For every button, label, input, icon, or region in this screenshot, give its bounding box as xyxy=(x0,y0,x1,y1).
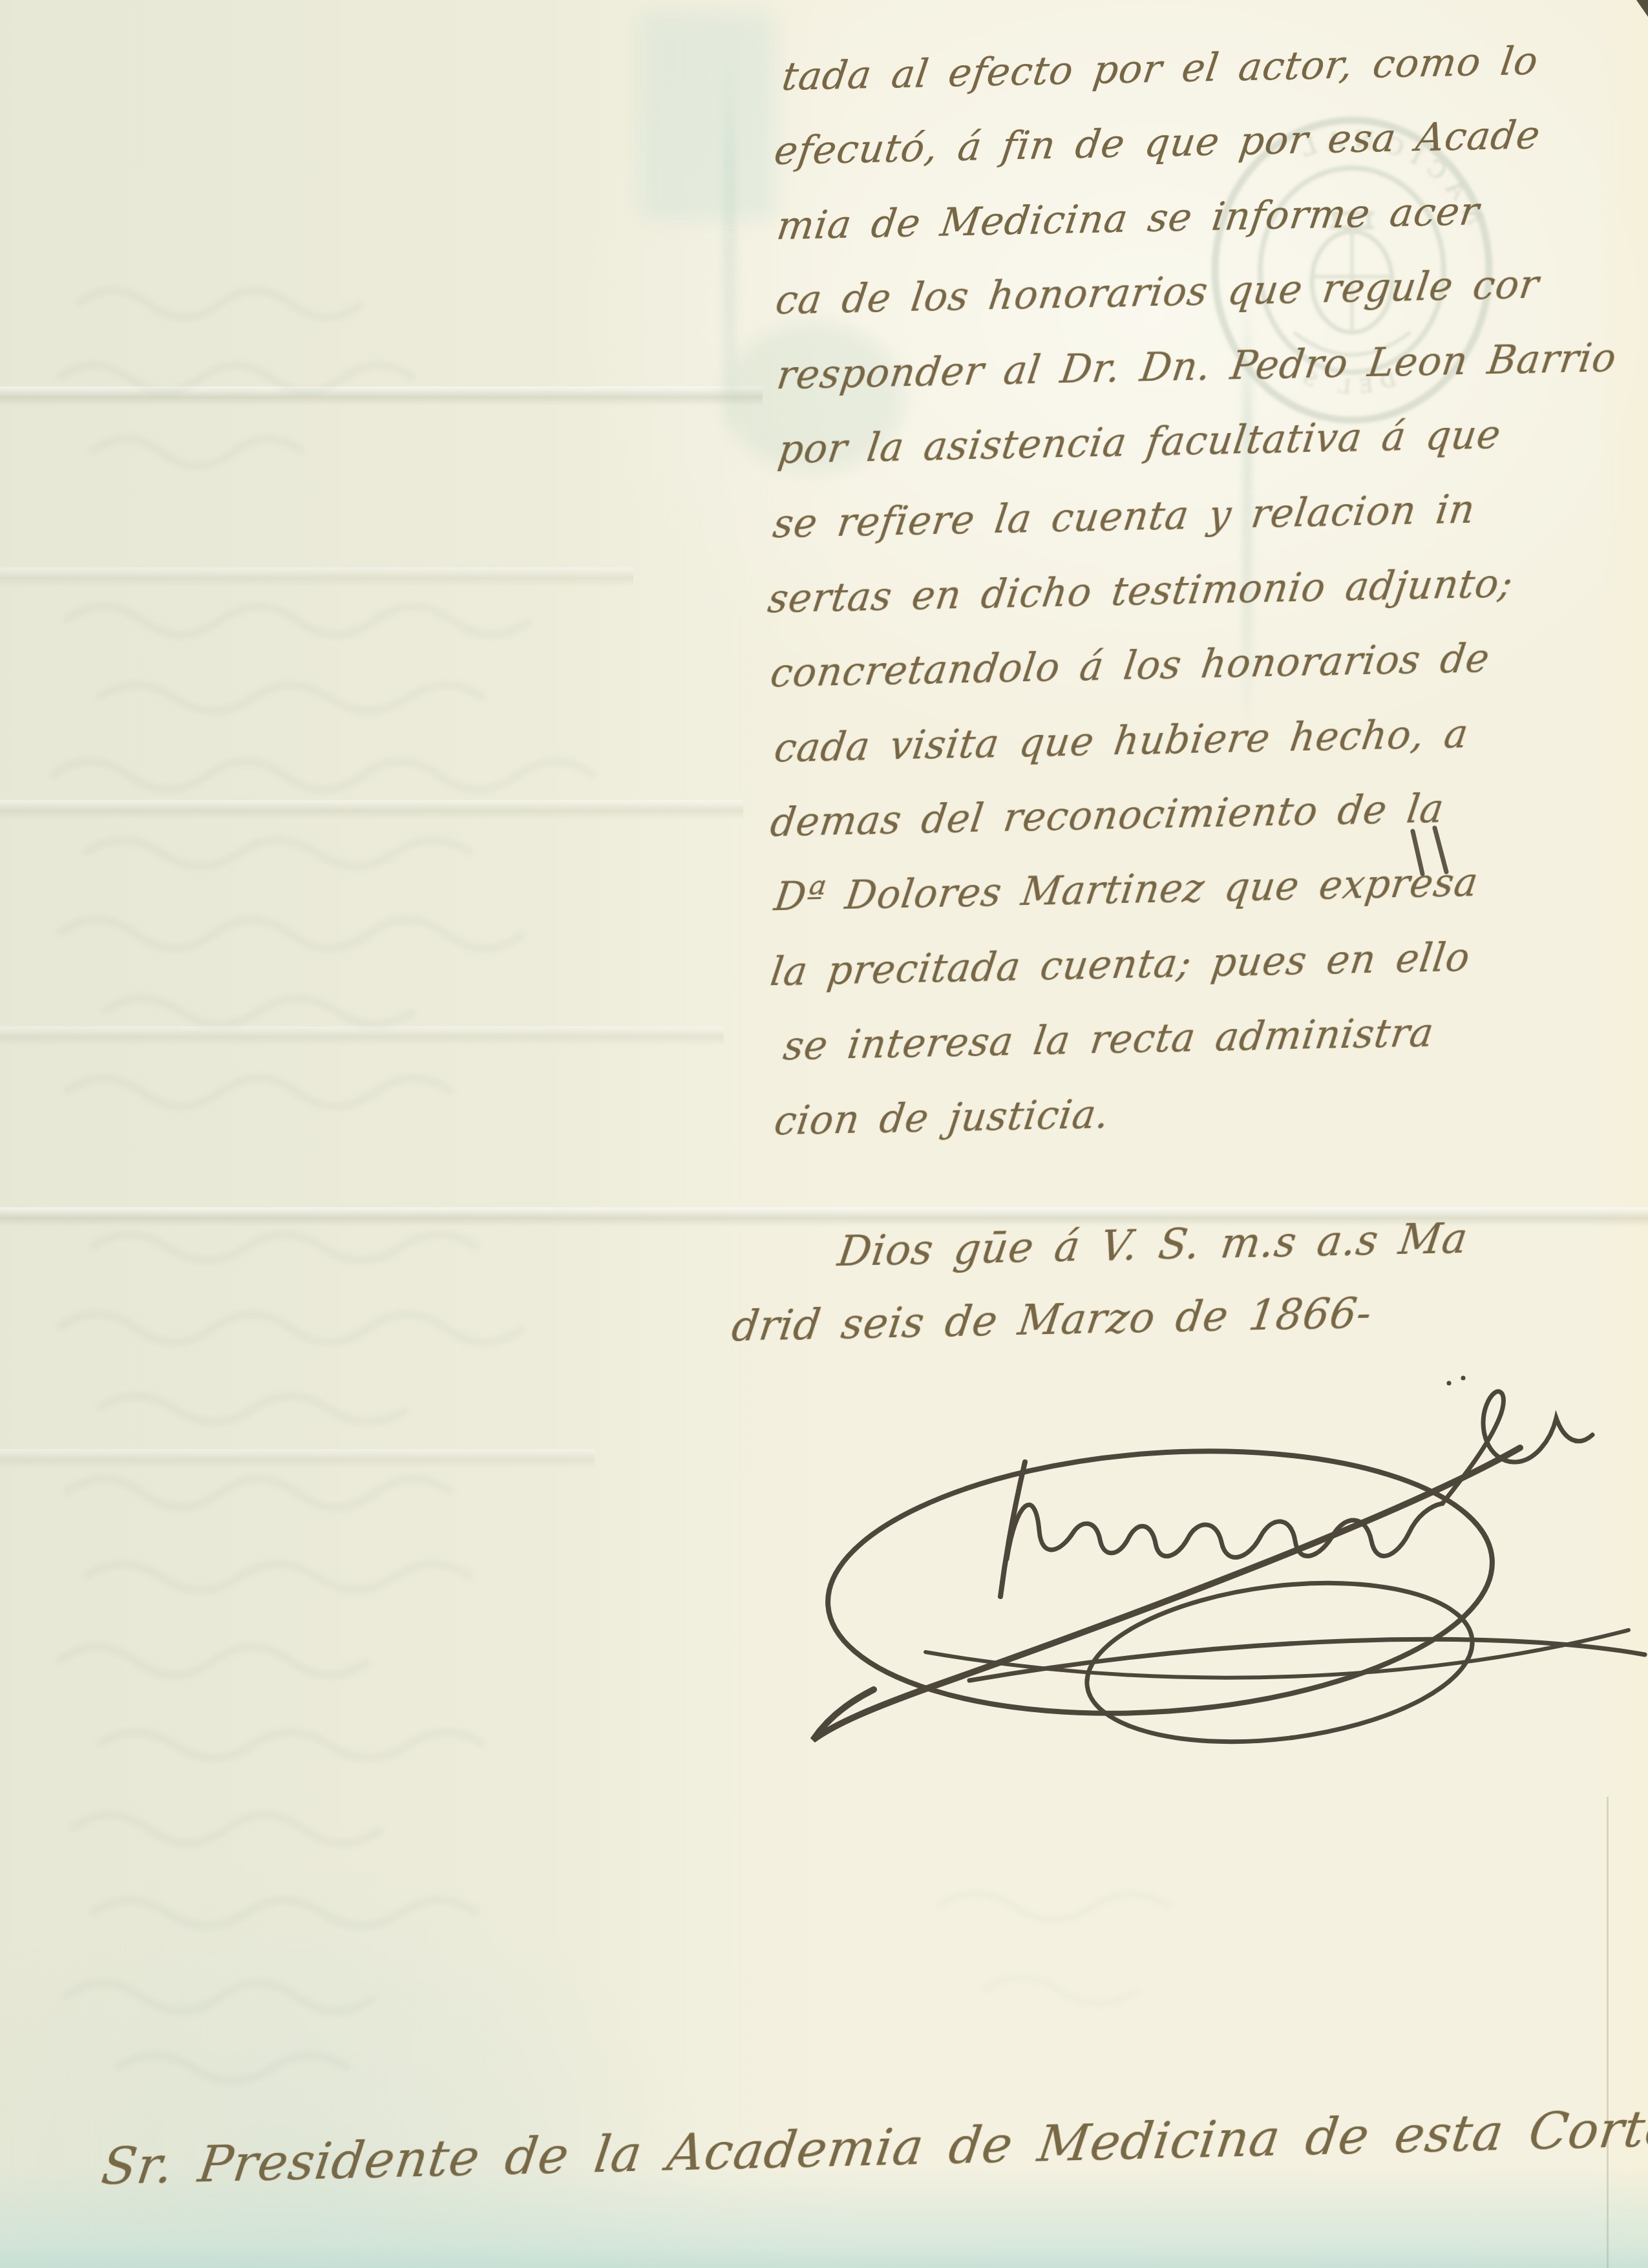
signature-flourish xyxy=(813,1376,1645,1762)
showthrough-decor xyxy=(52,290,1170,2081)
manuscript-line: cion de justicia. xyxy=(772,1092,1112,1144)
manuscript-page: NACIONAL DEL S xyxy=(0,0,1648,2268)
